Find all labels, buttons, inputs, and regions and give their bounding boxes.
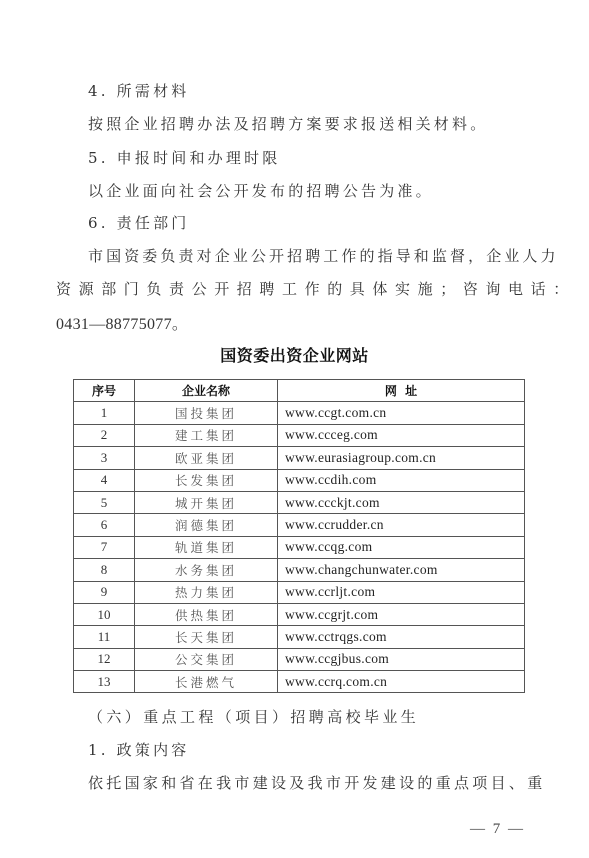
row-name: 长天集团 [135,626,278,648]
row-no: 12 [74,648,135,670]
row-name: 公交集团 [135,648,278,670]
item-6-body-line2: 资源部门负责公开招聘工作的具体实施；咨询电话： [56,278,576,299]
row-url: www.ccgt.com.cn [278,402,525,424]
row-no: 7 [74,536,135,558]
row-name: 长港燃气 [135,671,278,693]
row-url: www.eurasiagroup.com.cn [278,447,525,469]
row-name: 国投集团 [135,402,278,424]
row-no: 13 [74,671,135,693]
row-name: 热力集团 [135,581,278,603]
table-row: 12公交集团www.ccgjbus.com [74,648,525,670]
row-no: 10 [74,603,135,625]
enterprise-websites-table: 序号 企业名称 网 址 1国投集团www.ccgt.com.cn 2建工集团ww… [73,379,525,693]
row-name: 建工集团 [135,424,278,446]
header-no: 序号 [74,380,135,402]
row-url: www.ccckjt.com [278,491,525,513]
table-row: 1国投集团www.ccgt.com.cn [74,402,525,424]
section-6-heading: （六）重点工程（项目）招聘高校毕业生 [88,706,419,727]
item-6-body-line1: 市国资委负责对企业公开招聘工作的指导和监督，企业人力 [88,245,559,266]
table-row: 7轨道集团www.ccqg.com [74,536,525,558]
row-no: 5 [74,491,135,513]
row-name: 水务集团 [135,559,278,581]
table-title: 国资委出资企业网站 [0,343,589,366]
row-name: 供热集团 [135,603,278,625]
item-6-phone: 0431—88775077。 [56,311,188,334]
row-no: 3 [74,447,135,469]
row-name: 长发集团 [135,469,278,491]
table-row: 9热力集团www.ccrljt.com [74,581,525,603]
row-name: 城开集团 [135,491,278,513]
item-5-body: 以企业面向社会公开发布的招聘公告为准。 [88,180,434,201]
row-name: 轨道集团 [135,536,278,558]
row-url: www.ccrq.com.cn [278,671,525,693]
row-url: www.ccceg.com [278,424,525,446]
item-4-body: 按照企业招聘办法及招聘方案要求报送相关材料。 [88,113,488,134]
row-no: 8 [74,559,135,581]
table-row: 3欧亚集团www.eurasiagroup.com.cn [74,447,525,469]
row-url: www.changchunwater.com [278,559,525,581]
row-no: 1 [74,402,135,424]
page-number: — 7 — [470,821,525,838]
row-url: www.ccrljt.com [278,581,525,603]
row-no: 2 [74,424,135,446]
row-url: www.ccrudder.cn [278,514,525,536]
policy-body-line1: 依托国家和省在我市建设及我市开发建设的重点项目、重 [88,772,546,793]
row-url: www.ccqg.com [278,536,525,558]
row-no: 6 [74,514,135,536]
policy-heading: 1. 政策内容 [88,739,189,760]
item-6-heading: 6. 责任部门 [88,212,189,233]
table-row: 4长发集团www.ccdih.com [74,469,525,491]
table-row: 5城开集团www.ccckjt.com [74,491,525,513]
header-name: 企业名称 [135,380,278,402]
item-4-heading: 4. 所需材料 [88,80,189,101]
row-no: 9 [74,581,135,603]
row-no: 4 [74,469,135,491]
row-name: 润德集团 [135,514,278,536]
table-row: 8水务集团www.changchunwater.com [74,559,525,581]
row-url: www.cctrqgs.com [278,626,525,648]
row-url: www.ccgrjt.com [278,603,525,625]
row-no: 11 [74,626,135,648]
row-url: www.ccdih.com [278,469,525,491]
table-row: 2建工集团www.ccceg.com [74,424,525,446]
table-row: 11长天集团www.cctrqgs.com [74,626,525,648]
table-header-row: 序号 企业名称 网 址 [74,380,525,402]
row-url: www.ccgjbus.com [278,648,525,670]
table-row: 10供热集团www.ccgrjt.com [74,603,525,625]
table-row: 13长港燃气www.ccrq.com.cn [74,671,525,693]
table-row: 6润德集团www.ccrudder.cn [74,514,525,536]
row-name: 欧亚集团 [135,447,278,469]
header-url: 网 址 [278,380,525,402]
item-5-heading: 5. 申报时间和办理时限 [88,147,280,168]
